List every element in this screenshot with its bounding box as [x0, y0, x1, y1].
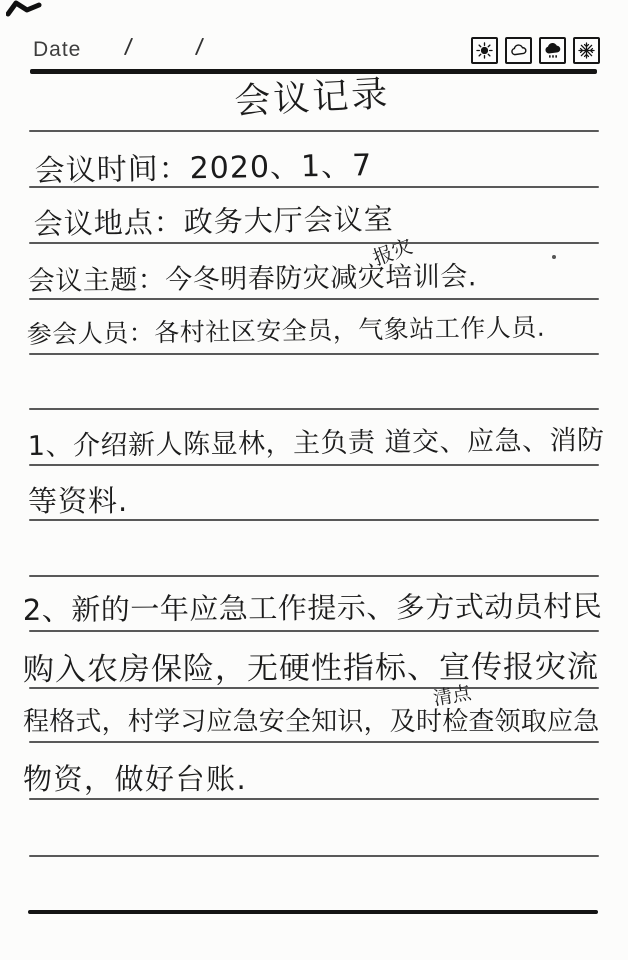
rule-line [29, 855, 599, 857]
notebook-page: Date / / [0, 0, 628, 960]
note-title: 会议记录 [0, 53, 627, 137]
pen-mark-icon [6, 0, 42, 18]
rule-line [29, 408, 599, 410]
note-line-item2: 2、新的一年应急工作提示、多方式动员村民 [23, 584, 603, 629]
rule-line [29, 242, 599, 244]
note-line-meeting-place: 会议地点：政务大厅会议室 [33, 197, 394, 243]
note-line-attendees: 参会人员：各村社区安全员，气象站工作人员. [26, 308, 545, 351]
rule-line [29, 464, 599, 466]
rule-line [29, 630, 599, 632]
rule-line [29, 353, 599, 355]
rule-line [29, 741, 599, 743]
rule-line [29, 798, 599, 800]
note-line-item2-cont1: 购入农房保险，无硬性指标、宣传报灾流 [23, 641, 599, 689]
note-line-meeting-time: 会议时间：2020、1、7 [34, 140, 372, 190]
note-line-item1: 1、介绍新人陈显林，主负责 道交、应急、消防 [28, 418, 605, 463]
note-line-item1-cont: 等资料. [28, 479, 128, 520]
bottom-rule-line [28, 910, 598, 914]
ink-speck [552, 255, 556, 259]
note-line-item2-cont3: 物资，做好台账. [23, 757, 247, 798]
note-line-meeting-topic: 会议主题：今冬明春防灾减灾培训会. [28, 254, 477, 298]
date-slash: / [123, 34, 134, 63]
rule-line [29, 575, 599, 577]
rule-line [29, 298, 599, 300]
date-slash: / [194, 34, 205, 63]
date-label: Date [33, 38, 81, 62]
note-line-item2-cont2: 程格式，村学习应急安全知识，及时检查领取应急 [23, 701, 599, 738]
